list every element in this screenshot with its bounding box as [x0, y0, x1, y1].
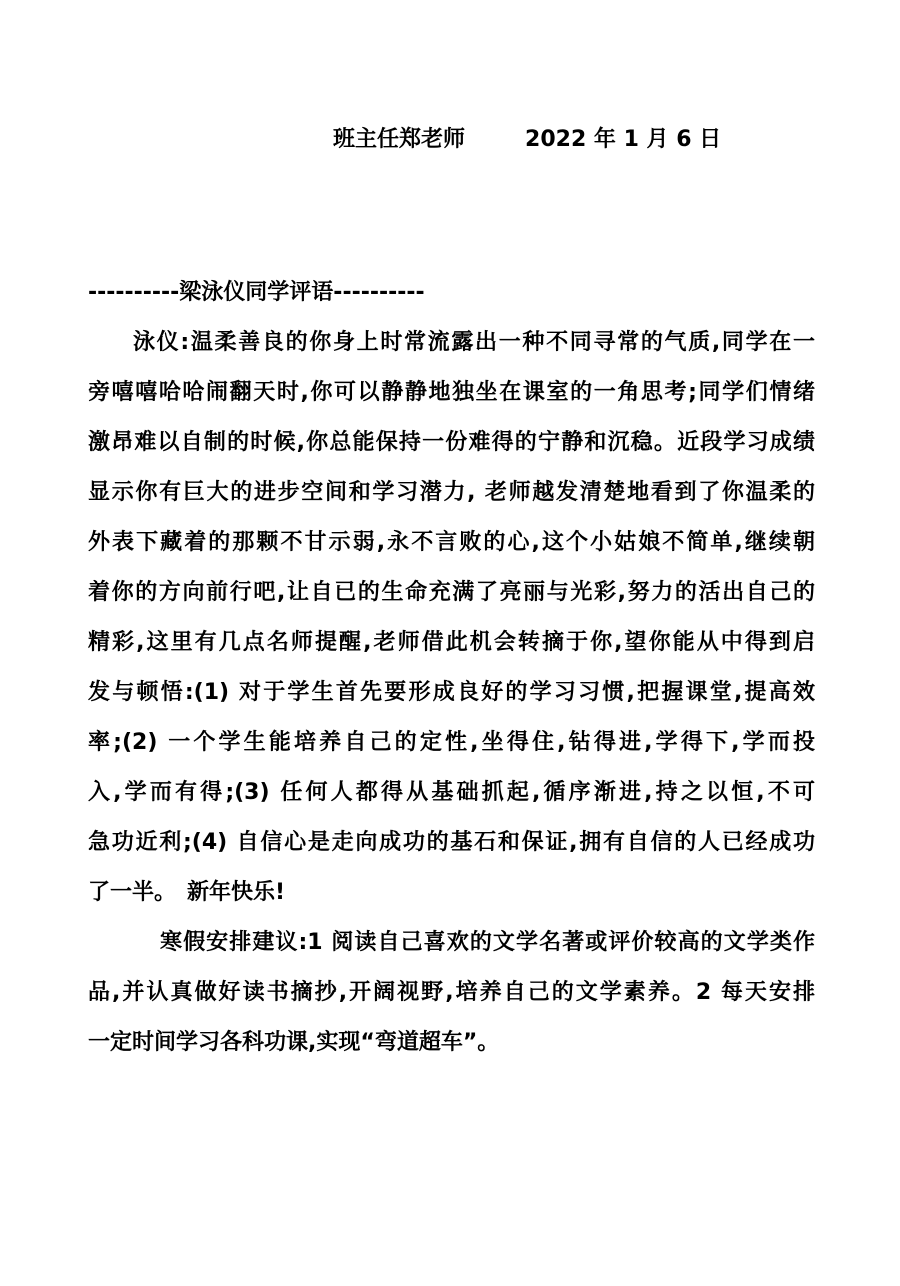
comment-paragraph: 泳仪:温柔善良的你身上时常流露出一种不同寻常的气质,同学在一 旁嘻嘻哈哈闹翻天时…	[88, 318, 815, 918]
holiday-line: 品,并认真做好读书摘抄,开阔视野,培养自己的文学素养。2 每天安排	[88, 968, 815, 1018]
document-date: 2022 年 1 月 6 日	[525, 115, 721, 165]
comment-line: 泳仪:温柔善良的你身上时常流露出一种不同寻常的气质,同学在一	[88, 318, 815, 368]
comment-line: 旁嘻嘻哈哈闹翻天时,你可以静静地独坐在课室的一角思考;同学们情绪	[88, 368, 815, 418]
comment-line: 精彩,这里有几点名师提醒,老师借此机会转摘于你,望你能从中得到启	[88, 618, 815, 668]
comment-line: 显示你有巨大的进步空间和学习潜力, 老师越发清楚地看到了你温柔的	[88, 468, 815, 518]
comment-line: 了一半。 新年快乐!	[88, 868, 815, 918]
teacher-signature: 班主任郑老师	[333, 115, 465, 165]
document-page: 班主任郑老师 2022 年 1 月 6 日 ----------梁泳仪同学评语-…	[0, 0, 900, 1286]
comment-line: 激昂难以自制的时候,你总能保持一份难得的宁静和沉稳。近段学习成绩	[88, 418, 815, 468]
comment-line: 外表下藏着的那颗不甘示弱,永不言败的心,这个小姑娘不简单,继续朝	[88, 518, 815, 568]
comment-line: 急功近利;(4) 自信心是走向成功的基石和保证,拥有自信的人已经成功	[88, 818, 815, 868]
signature-line: 班主任郑老师 2022 年 1 月 6 日	[333, 115, 815, 165]
holiday-line: 一定时间学习各科功课,实现“弯道超车”。	[88, 1018, 815, 1068]
comment-line: 入,学而有得;(3) 任何人都得从基础抓起,循序渐进,持之以恒,不可	[88, 768, 815, 818]
comment-line: 率;(2) 一个学生能培养自己的定性,坐得住,钻得进,学得下,学而投	[88, 718, 815, 768]
holiday-line: 寒假安排建议:1 阅读自己喜欢的文学名著或评价较高的文学类作	[88, 918, 815, 968]
comment-line: 着你的方向前行吧,让自已的生命充满了亮丽与光彩,努力的活出自己的	[88, 568, 815, 618]
section-divider: ----------梁泳仪同学评语----------	[88, 268, 815, 318]
comment-line: 发与顿悟:(1) 对于学生首先要形成良好的学习习惯,把握课堂,提高效	[88, 668, 815, 718]
holiday-paragraph: 寒假安排建议:1 阅读自己喜欢的文学名著或评价较高的文学类作 品,并认真做好读书…	[88, 918, 815, 1068]
